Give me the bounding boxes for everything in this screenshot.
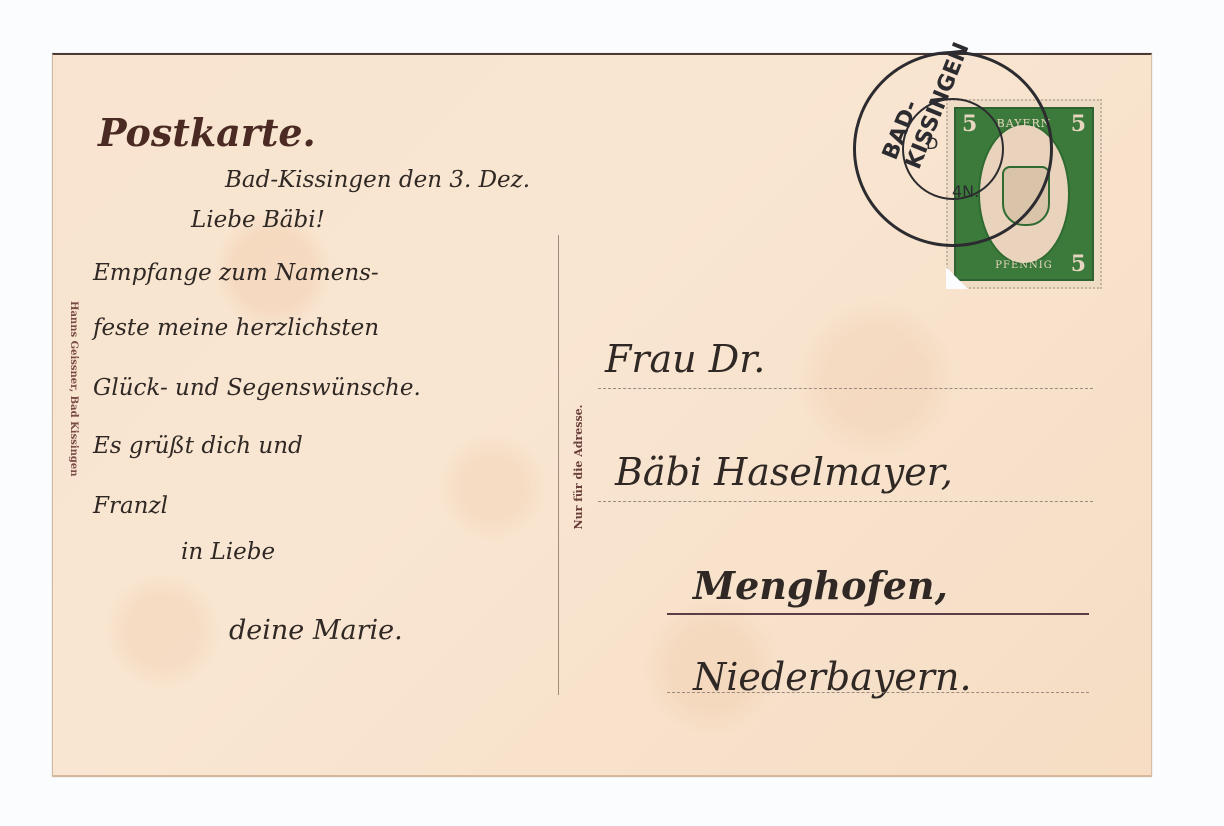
- address-line-name: Bäbi Haselmayer,: [615, 450, 953, 494]
- message-salutation: Liebe Bäbi!: [191, 207, 325, 233]
- message-line: Franzl: [93, 493, 168, 519]
- address-line-title: Frau Dr.: [605, 337, 765, 381]
- divider-line: [558, 235, 559, 695]
- message-signature: deine Marie.: [229, 615, 403, 646]
- message-line: Es grüßt dich und: [93, 433, 303, 459]
- message-line: in Liebe: [181, 539, 275, 565]
- town-underline: [667, 613, 1089, 615]
- postmark-time: 4N.: [952, 182, 979, 201]
- postcard-back: Postkarte. Hanns Geissner, Bad Kissingen…: [52, 53, 1152, 777]
- stamp-value-top-right: 5: [1071, 111, 1086, 137]
- message-place-date: Bad-Kissingen den 3. Dez.: [225, 167, 530, 193]
- postmark: BAD-KISSINGEN D 4N.: [853, 51, 1053, 247]
- address-side-label: Nur für die Adresse.: [572, 377, 585, 557]
- address-dotted-line: [598, 388, 1093, 389]
- postmark-date: D: [926, 134, 938, 153]
- message-line: Empfange zum Namens-: [93, 260, 379, 286]
- stamp-denomination: PFENNIG: [956, 260, 1092, 271]
- stamp-folded-corner: [946, 267, 968, 289]
- message-line: Glück- und Segenswünsche.: [93, 375, 421, 401]
- message-line: feste meine herzlichsten: [93, 315, 379, 341]
- publisher-imprint: Hanns Geissner, Bad Kissingen: [68, 301, 79, 571]
- address-dotted-line: [667, 692, 1089, 693]
- address-line-town: Menghofen,: [693, 563, 948, 608]
- postcard-title: Postkarte.: [98, 110, 316, 155]
- address-dotted-line: [598, 501, 1093, 502]
